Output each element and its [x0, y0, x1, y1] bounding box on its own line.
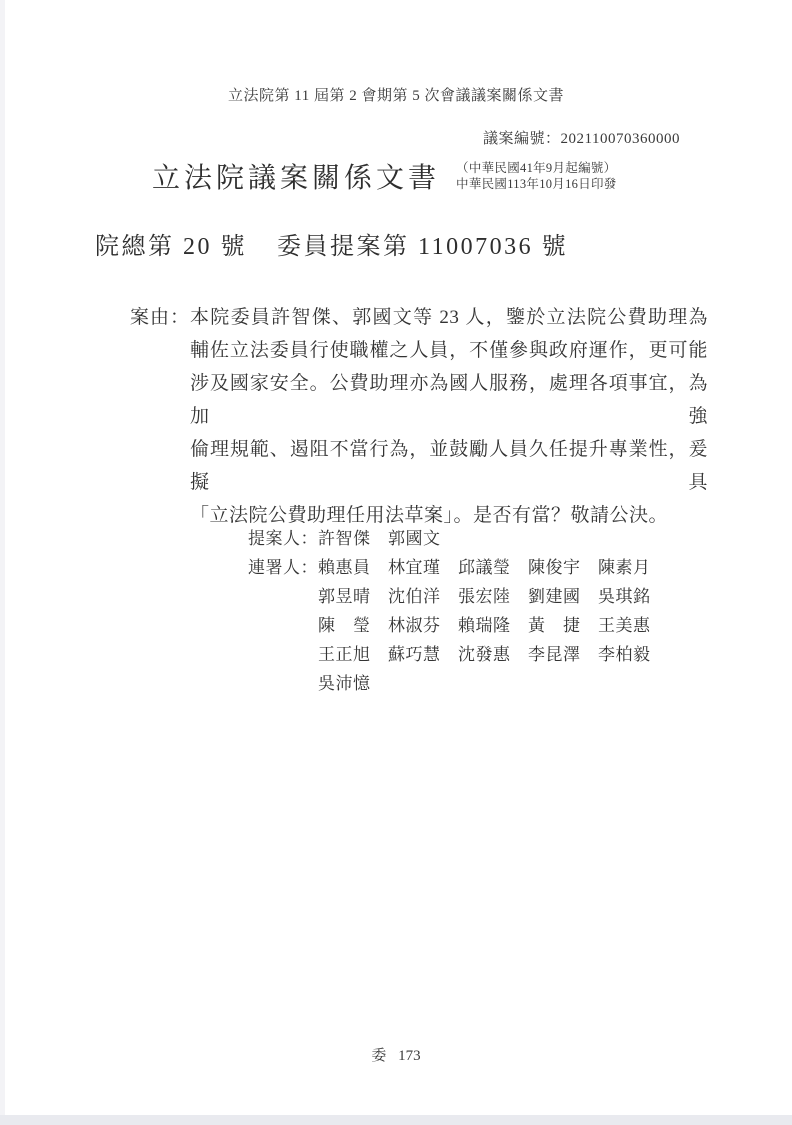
cosigner-name-row: 王正旭蘇巧慧沈發惠李昆澤李柏毅 [318, 640, 668, 669]
cosigner-name: 吳沛憶 [318, 669, 388, 698]
case-text: 本院委員許智傑、郭國文等 23 人，鑒於立法院公費助理為輔佐立法委員行使職權之人… [190, 301, 708, 532]
scan-edge-bottom [0, 1115, 792, 1125]
case-summary: 案由： 本院委員許智傑、郭國文等 23 人，鑒於立法院公費助理為輔佐立法委員行使… [130, 301, 708, 532]
cosigner-name: 沈伯洋 [388, 582, 458, 611]
proposer-name: 郭國文 [388, 524, 458, 553]
cosigner-name-row: 陳 瑩林淑芬賴瑞隆黃 捷王美惠 [318, 611, 668, 640]
cosigner-name: 王美惠 [598, 611, 668, 640]
cosigner-name: 邱議瑩 [458, 553, 528, 582]
cosigner-name: 林淑芬 [388, 611, 458, 640]
cosigner-name-row: 賴惠員林宜瑾邱議瑩陳俊宇陳素月 [318, 553, 668, 582]
cosigner-name: 沈發惠 [458, 640, 528, 669]
cosigner-name: 王正旭 [318, 640, 388, 669]
cosigner-name: 賴惠員 [318, 553, 388, 582]
case-line: 本院委員許智傑、郭國文等 23 人，鑒於立法院公費助理為 [190, 301, 708, 334]
cosigner-name: 陳素月 [598, 553, 668, 582]
cosigner-names: 賴惠員林宜瑾邱議瑩陳俊宇陳素月郭昱晴沈伯洋張宏陸劉建國吳琪銘陳 瑩林淑芬賴瑞隆黃… [318, 553, 668, 698]
docket-row: 院總第 20 號 委員提案第 11007036 號 [95, 226, 568, 261]
cosigner-name: 劉建國 [528, 582, 598, 611]
proposer-row: 提案人： 許智傑郭國文 [248, 524, 668, 553]
proposer-names: 許智傑郭國文 [318, 524, 458, 553]
cosigner-name: 李柏毅 [598, 640, 668, 669]
cosigner-name: 吳琪銘 [598, 582, 668, 611]
cosigner-name: 黃 捷 [528, 611, 598, 640]
scan-edge-left [0, 0, 5, 1125]
title-note: （中華民國41年9月起編號） 中華民國113年10月16日印發 [456, 160, 617, 192]
title-note-line1: （中華民國41年9月起編號） [456, 161, 616, 175]
page-title: 立法院議案關係文書 [152, 156, 440, 196]
cosigner-name: 蘇巧慧 [388, 640, 458, 669]
cosigner-name: 陳 瑩 [318, 611, 388, 640]
cosigner-name: 李昆澤 [528, 640, 598, 669]
cosigner-rows: 連署人： 賴惠員林宜瑾邱議瑩陳俊宇陳素月郭昱晴沈伯洋張宏陸劉建國吳琪銘陳 瑩林淑… [248, 553, 668, 698]
cosigner-name: 賴瑞隆 [458, 611, 528, 640]
proposer-name: 許智傑 [318, 524, 388, 553]
title-note-line2: 中華民國113年10月16日印發 [456, 177, 617, 191]
docket-proposal-number: 委員提案第 11007036 號 [277, 226, 568, 261]
cosigner-name: 張宏陸 [458, 582, 528, 611]
session-header: 立法院第 11 屆第 2 會期第 5 次會議議案關係文書 [0, 84, 792, 105]
cosigner-name: 林宜瑾 [388, 553, 458, 582]
cosigner-name-row: 郭昱晴沈伯洋張宏陸劉建國吳琪銘 [318, 582, 668, 611]
cosigner-name-row: 吳沛憶 [318, 669, 668, 698]
document-title-row: 立法院議案關係文書 （中華民國41年9月起編號） 中華民國113年10月16日印… [152, 156, 617, 196]
cosigner-label: 連署人： [248, 553, 318, 582]
cosigner-name: 陳俊宇 [528, 553, 598, 582]
case-line: 涉及國家安全。公費助理亦為國人服務，處理各項事宜，為加強 [190, 367, 708, 433]
bill-number: 議案編號：202110070360000 [483, 127, 680, 148]
docket-general-number: 院總第 20 號 [95, 226, 247, 261]
cosigner-name: 郭昱晴 [318, 582, 388, 611]
proposer-label: 提案人： [248, 524, 318, 553]
footer-page-number: 委 173 [0, 1044, 792, 1065]
signers-block: 提案人： 許智傑郭國文 連署人： 賴惠員林宜瑾邱議瑩陳俊宇陳素月郭昱晴沈伯洋張宏… [248, 524, 668, 698]
case-label: 案由： [130, 301, 190, 532]
case-line: 倫理規範、遏阻不當行為，並鼓勵人員久任提升專業性，爰擬具 [190, 433, 708, 499]
case-line: 輔佐立法委員行使職權之人員，不僅參與政府運作，更可能 [190, 334, 708, 367]
